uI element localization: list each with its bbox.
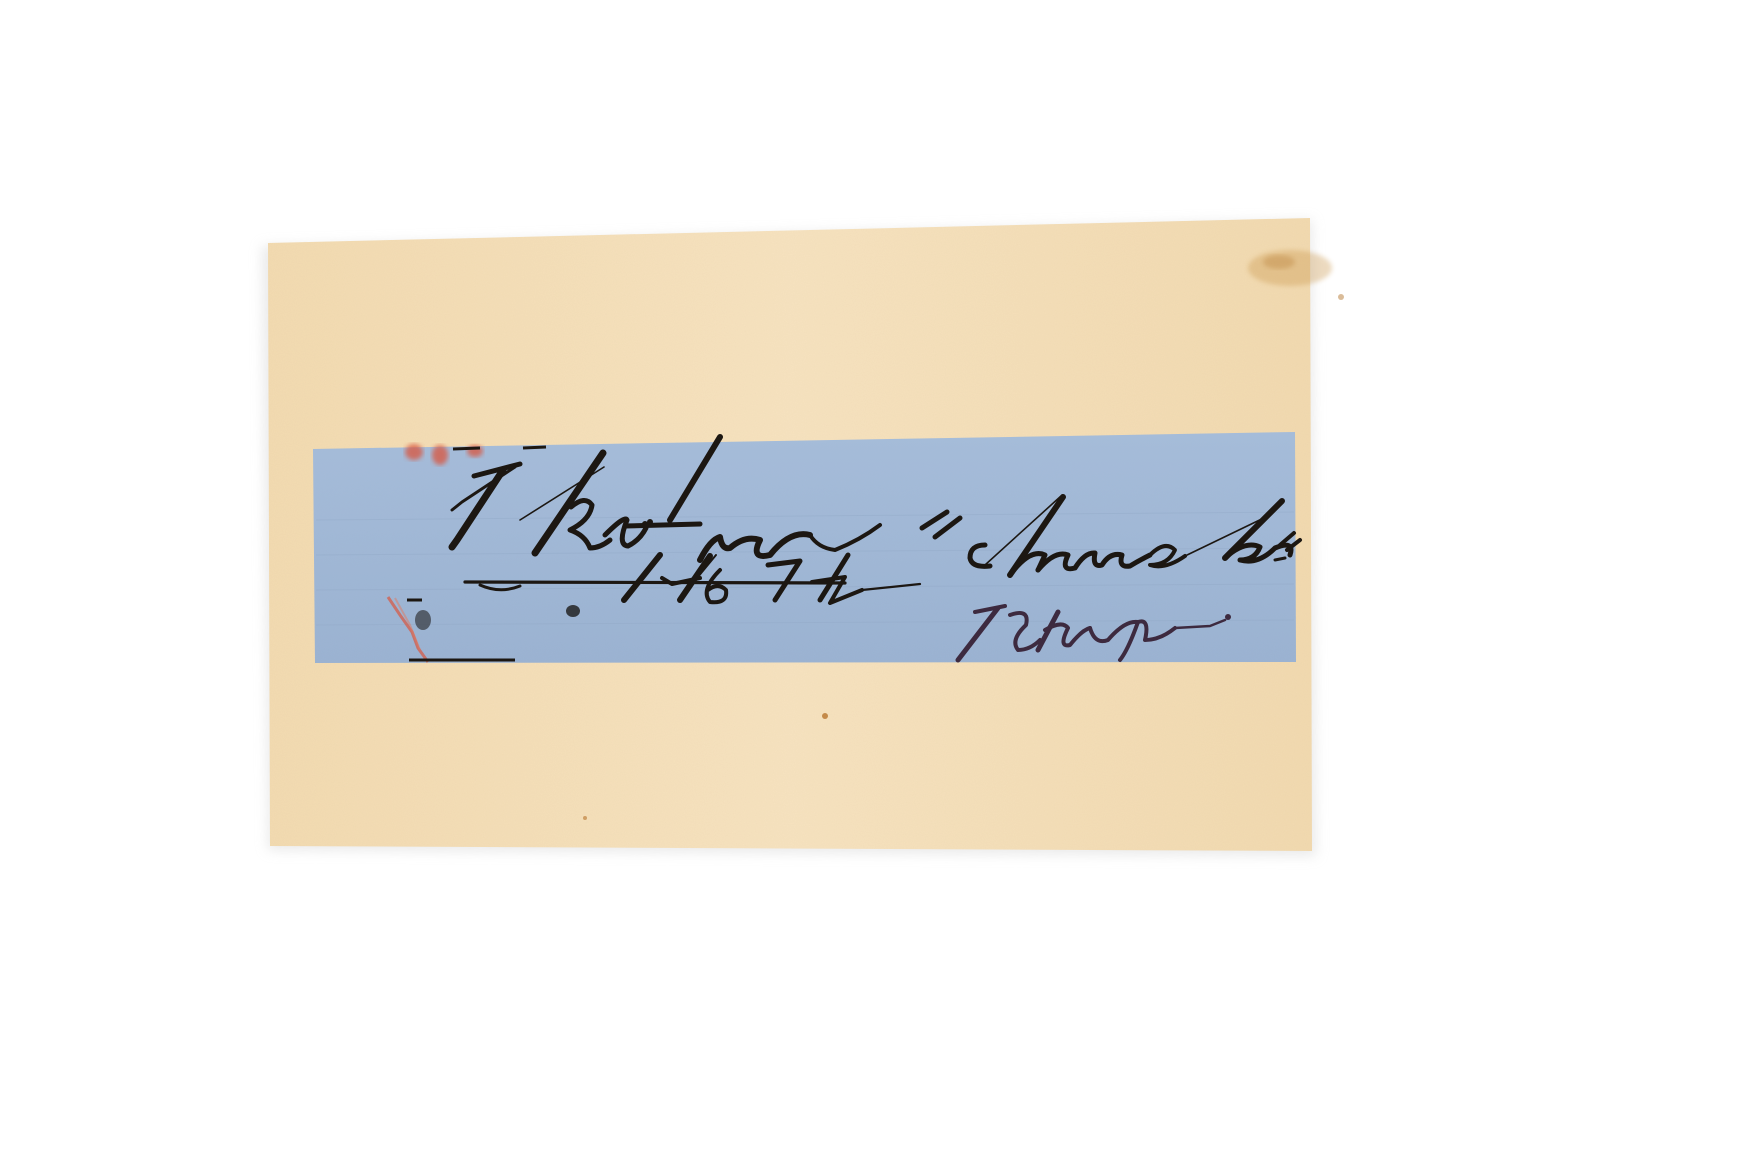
backing-sheet — [0, 0, 1755, 1170]
document-illustration — [0, 0, 1755, 1170]
photo-scene: F. Kürri "Chameleon" 14/6 74 F. Kurr — [0, 0, 1755, 1170]
rust-stain — [1248, 250, 1332, 286]
